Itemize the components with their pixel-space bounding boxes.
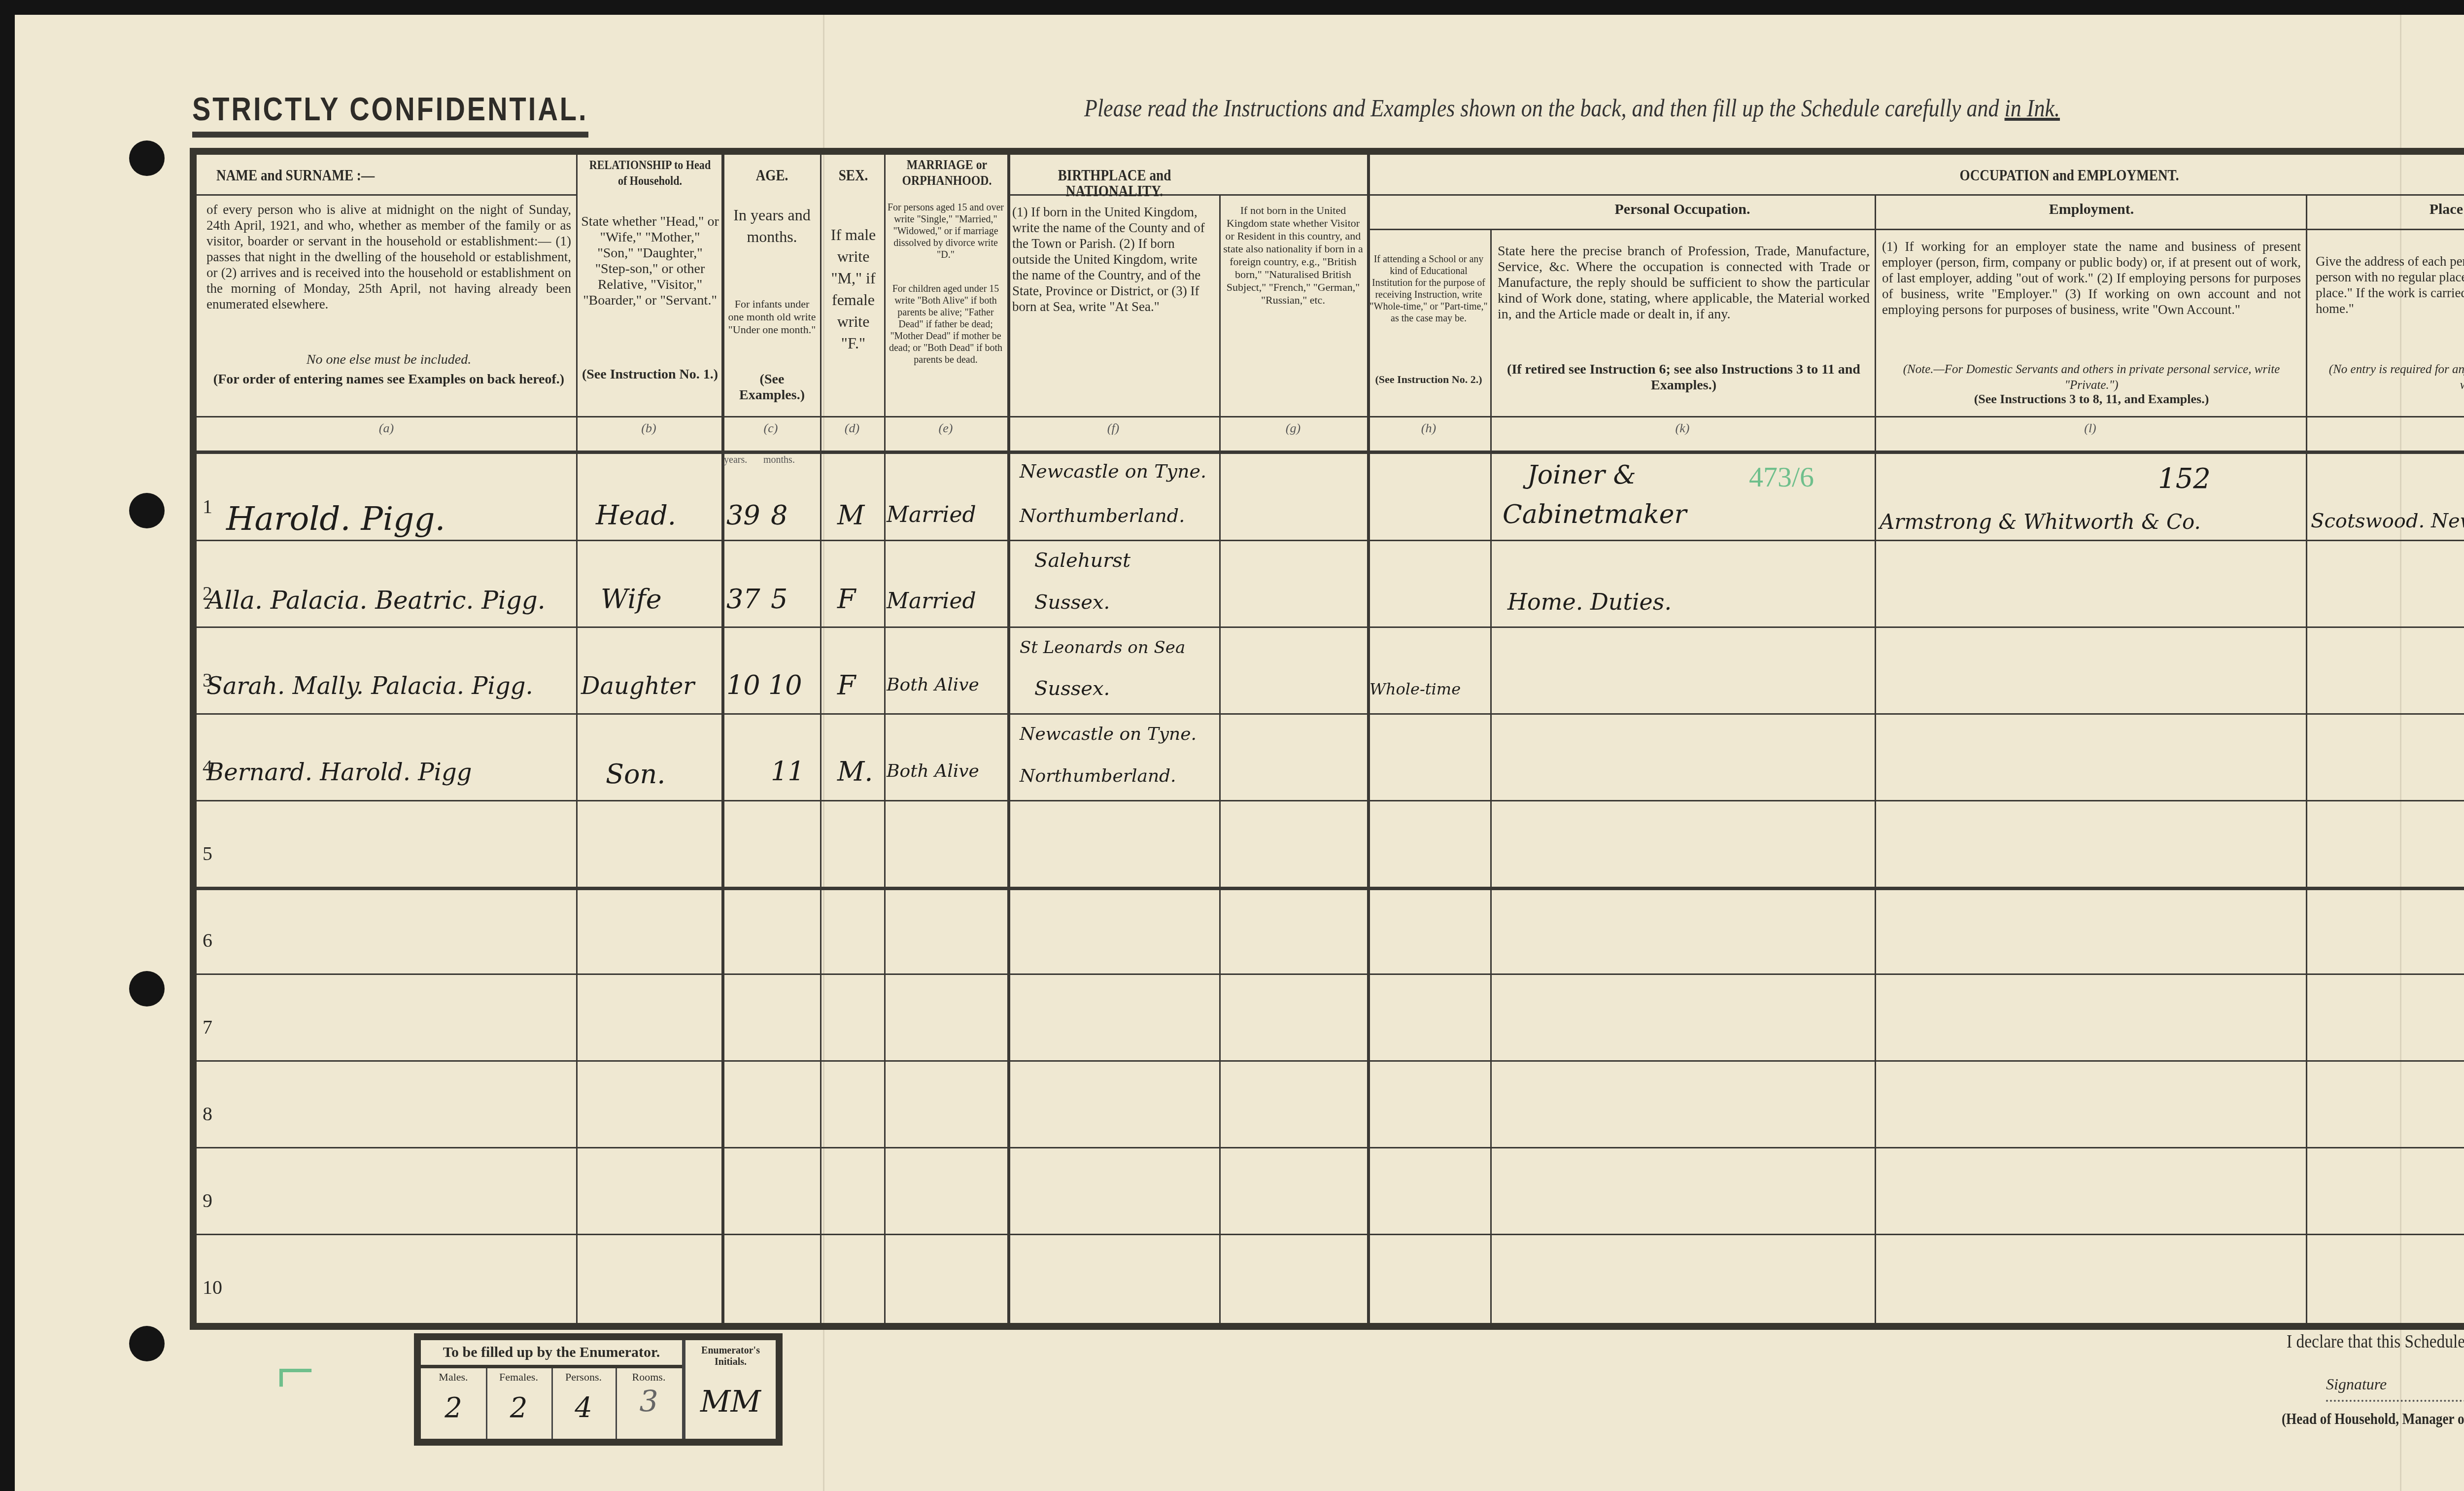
occupation-title: OCCUPATION and EMPLOYMENT. [1902,167,2237,183]
col-c-infant: For infants under one month old write "U… [726,298,818,336]
birth-town-cell[interactable]: St Leonards on Sea [1020,638,1185,658]
birth-county-cell[interactable]: Sussex. [1034,677,1110,700]
persons-value[interactable]: 4 [551,1392,616,1424]
col-letter: (g) [1219,421,1367,436]
row-rule [197,973,2464,975]
divider [682,1340,685,1439]
row-rule [197,1060,2464,1062]
punch-hole [129,971,165,1006]
row-number: 1 [203,495,212,518]
occupation-cell[interactable]: Cabinetmaker [1503,500,1686,529]
col-h-see: (See Instruction No. 2.) [1369,372,1488,387]
signature-note: (Head of Household, Manager of Establish… [2282,1410,2464,1428]
rooms-value[interactable]: 3 [616,1385,682,1419]
name-cell[interactable]: Alla. Palacia. Beatric. Pigg. [206,586,546,615]
row-rule [197,540,2464,541]
age-years-cell[interactable]: 10 [726,670,760,701]
females-value[interactable]: 2 [486,1392,551,1424]
rule [197,194,576,196]
col-m-body: Give the address of each person's place … [2316,253,2464,316]
divider [2306,194,2307,1323]
divider [1490,229,1492,1323]
relationship-cell[interactable]: Son. [606,759,665,790]
col-letter: (h) [1367,421,1490,436]
col-b-body: State whether "Head," or "Wife," "Mother… [581,214,719,309]
col-c-body: In years and months. [726,204,818,247]
col-a-order: (For order of entering names see Example… [206,372,571,387]
punch-hole [129,493,165,528]
relationship-cell[interactable]: Wife [601,584,662,615]
col-letter: (b) [576,421,721,436]
confidential-heading: STRICTLY CONFIDENTIAL. [192,90,588,138]
age-years-cell[interactable]: 39 [726,500,760,531]
occupation-cell[interactable]: Home. Duties. [1507,589,1672,615]
col-e-body2: For children aged under 15 write "Both A… [887,283,1005,366]
age-months-cell[interactable]: 5 [771,584,787,615]
col-l-body: (1) If working for an employer state the… [1882,239,2301,317]
census-table: NAME and SURNAME :— of every person who … [190,148,2464,1330]
col-f-body: (1) If born in the United Kingdom, write… [1012,204,1214,314]
punch-hole [129,1326,165,1361]
col-c-title: AGE. [731,167,813,183]
age-months-label: months. [763,454,795,466]
employer-code: 152 [2158,463,2211,495]
col-l-note: (Note.—For Domestic Servants and others … [1882,362,2301,393]
birth-town-cell[interactable]: Newcastle on Tyne. [1020,724,1197,744]
col-letter: (l) [1875,421,2306,436]
relationship-cell[interactable]: Head. [596,500,676,531]
punch-hole [129,140,165,176]
birth-county-cell[interactable]: Northumberland. [1020,766,1176,786]
row-rule [197,887,2464,890]
age-months-cell[interactable]: 8 [771,500,787,531]
employer-cell[interactable]: Armstrong & Whitworth & Co. [1880,510,2201,534]
declaration-text: I declare that this Schedule is correctl… [2287,1331,2464,1352]
col-d-body: If male write "M," if female write "F." [825,224,882,354]
birth-county-cell[interactable]: Sussex. [1034,591,1110,614]
col-letter: (d) [820,421,884,436]
row-number: 9 [203,1189,212,1212]
rule [1007,194,2464,196]
row-number: 6 [203,929,212,952]
col-h-body: If attending a School or any kind of Edu… [1369,253,1488,324]
name-cell[interactable]: Harold. Pigg. [226,500,445,538]
row-number: 7 [203,1015,212,1039]
col-letter: (e) [884,421,1007,436]
row-rule [197,626,2464,628]
row-number: 5 [203,842,212,865]
col-letter: (k) [1490,421,1875,436]
marriage-cell[interactable]: Both Alive [887,761,979,781]
col-b-see: (See Instruction No. 1.) [581,367,719,382]
col-k-body: State here the precise branch of Profess… [1498,243,1870,322]
col-l-title: Employment. [1877,202,2306,217]
signature-label: Signature [2326,1375,2387,1393]
place-of-work-cell[interactable]: Scotswood. Newcastle on Tyne. [2311,510,2464,532]
col-l-see: (See Instructions 3 to 8, 11, and Exampl… [1882,391,2301,407]
relationship-cell[interactable]: Daughter [581,672,694,700]
rooms-label: Rooms. [616,1371,682,1384]
col-e-body: For persons aged 15 and over write "Sing… [887,202,1005,261]
row-rule [197,800,2464,801]
school-cell[interactable]: Whole-time [1369,680,1461,698]
occupation-cell[interactable]: Joiner & [1527,460,1636,490]
sex-cell[interactable]: F [837,670,856,701]
col-m-note: (No entry is required for any person who… [2316,362,2464,393]
birth-town-cell[interactable]: Newcastle on Tyne. [1020,460,1206,482]
col-k-title: Personal Occupation. [1493,202,1872,217]
col-letter: (a) [197,421,576,436]
row-number: 8 [203,1102,212,1125]
females-label: Females. [486,1371,551,1384]
sex-cell[interactable]: M. [837,756,873,787]
col-e-title: MARRIAGE or ORPHANHOOD. [895,157,998,189]
instruction-line: Please read the Instructions and Example… [1084,94,2060,122]
marriage-cell[interactable]: Married [887,589,976,614]
birth-town-cell[interactable]: Salehurst [1034,549,1130,572]
age-years-label: years. [724,454,747,466]
persons-label: Persons. [551,1371,616,1384]
col-k-see: (If retired see Instruction 6; see also … [1498,362,1870,393]
instruction-emphasis: in Ink. [2005,94,2060,122]
col-letter: (f) [1007,421,1219,436]
col-g-body: If not born in the United Kingdom state … [1222,204,1365,307]
sex-cell[interactable]: F [837,584,856,615]
col-d-title: SEX. [827,167,879,183]
col-m-title: Place of Work. [2308,202,2464,217]
enumerator-summary-box: To be filled up by the Enumerator. Enume… [414,1333,783,1446]
row-rule [197,1234,2464,1235]
col-a-note: No one else must be included. [206,352,571,368]
birth-county-cell[interactable]: Northumberland. [1020,505,1185,526]
col-letter: (m) [2306,421,2464,436]
marriage-cell[interactable]: Married [887,502,976,527]
divider [1875,194,1876,1323]
divider [1219,194,1221,1323]
name-cell[interactable]: Sarah. Mally. Palacia. Pigg. [206,672,533,700]
name-cell[interactable]: Bernard. Harold. Pigg [206,759,472,786]
col-c-see: (See Examples.) [726,372,818,403]
instruction-text: Please read the Instructions and Example… [1084,94,1999,122]
col-a-title: NAME and SURNAME :— [216,167,384,183]
col-letter: (c) [721,421,820,436]
rule [1367,229,2464,230]
males-label: Males. [421,1371,486,1384]
age-months-cell[interactable]: 11 [771,756,805,787]
green-tick: ⌐ [276,1331,315,1410]
males-value[interactable]: 2 [421,1392,486,1424]
row-rule [197,1147,2464,1148]
enumerator-initials[interactable]: MM [685,1385,776,1419]
rule [197,416,2464,417]
marriage-cell[interactable]: Both Alive [887,675,979,695]
row-number: 10 [203,1276,222,1299]
birthplace-title: BIRTHPLACE and NATIONALITY. [1026,167,1203,199]
col-b-title: RELATIONSHIP to Head of Household. [589,157,711,189]
summary-title: To be filled up by the Enumerator. [421,1340,682,1368]
sex-cell[interactable]: M [837,500,864,531]
rule [197,451,2464,454]
col-a-body: of every person who is alive at midnight… [206,202,571,312]
occupation-code: 473/6 [1749,460,1814,493]
row-rule [197,713,2464,715]
age-years-cell[interactable]: 37 [726,584,760,615]
age-months-cell[interactable]: 10 [768,670,802,701]
initials-title: Enumerator's Initials. [685,1345,776,1368]
